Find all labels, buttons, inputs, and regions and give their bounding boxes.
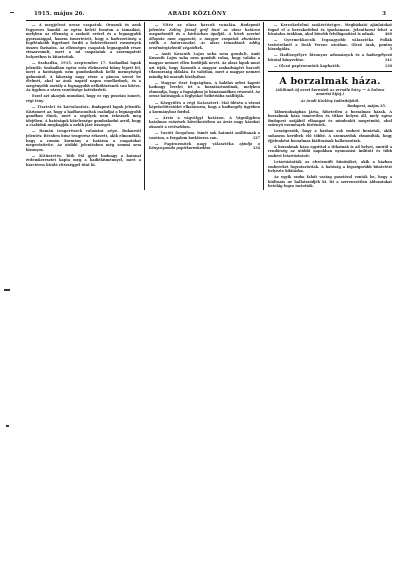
- item-text: Amit Kossuth Lajos soha nem gondolt voln…: [149, 52, 260, 79]
- item-ref: 5: [384, 47, 392, 52]
- item-ref: 134: [247, 146, 260, 151]
- item-lead: — A megjelent orosz csapatok.: [32, 23, 103, 27]
- article-paragraph: Az egyik szoba falait vastag posztóval v…: [268, 175, 392, 189]
- article-headline: A borzalmak háza.: [268, 76, 392, 87]
- scan-speck: [10, 12, 14, 13]
- article-subheading: (Akiknek új ezrei kerestek az ercséle há…: [268, 88, 392, 97]
- item-lead: — Tisztelet és kártalanítás.: [32, 105, 90, 109]
- item-lead: — Kitüntetés.: [32, 154, 62, 158]
- news-item: — Tisztelet és kártalanítás. Budapesti l…: [26, 105, 141, 128]
- article-byline: Az Aradi Közlöny tudósítójától.: [268, 99, 392, 103]
- item-lead: — Gyermekkocsik legnagyobb választéka: [274, 38, 374, 42]
- item-lead: — Kereskedelmi szakértőségre.: [274, 23, 342, 27]
- item-lead: — Szabadka, 1915. szeptember 17.: [32, 61, 107, 65]
- item-lead: — Közgyűlés a régi Kataszteri.: [155, 101, 220, 105]
- column-3: — Kereskedelmi szakértőségre. Megbízható…: [263, 22, 392, 190]
- news-item: — Vasúti forgalom. Ismét sok katonát szá…: [149, 131, 260, 140]
- item-text: Oroszok és azok fegyveres bandái az egés…: [26, 23, 141, 59]
- scan-speck: [6, 425, 9, 427]
- item-lead: — Árvíz a vágvölgyi határon.: [155, 116, 225, 120]
- page-header: 1915. május 26. ARADI KÖZLÖNY 3: [26, 10, 392, 21]
- article-paragraph: Tábornokságban járta, hihetetlen a borza…: [268, 110, 392, 128]
- page-number: 3: [382, 11, 386, 17]
- news-item: — A megjelent orosz csapatok. Oroszok és…: [26, 23, 141, 59]
- news-item: — Papírneműek nagy választéka ajánlja a …: [149, 142, 260, 151]
- item-lead: — Román tengerészek valamint népe.: [32, 129, 119, 133]
- article-dateline: Budapest, május 25.: [268, 104, 386, 108]
- article-paragraph: Letartóztatták az elvetemült bűnösöket, …: [268, 160, 392, 174]
- news-item: Ezzel azt akarjuk mondani, hogy ez egy p…: [26, 94, 141, 103]
- item-lead: — Vasúti forgalom.: [155, 131, 195, 135]
- item-ref: 127: [247, 136, 260, 141]
- item-ref: 141: [379, 58, 392, 63]
- item-text: Ezzel azt akarjuk mondani, hogy ez egy p…: [26, 94, 141, 103]
- news-item: — Román tengerészek valamint népe. Bukar…: [26, 129, 141, 152]
- section-divider: [268, 71, 392, 72]
- item-text: Budapesti jelentés: Zoltay József gróf t…: [149, 23, 260, 50]
- newspaper-page: 1915. május 26. ARADI KÖZLÖNY 3 — A megj…: [26, 10, 392, 190]
- item-lead: — Vitéz az olasz harcok vonalán.: [155, 23, 236, 27]
- item-text: Szabadkai lapok jelentik: Szabadkán egés…: [26, 61, 141, 92]
- news-item: — Magyar tiszt fogságban. A halálos sebe…: [149, 81, 260, 99]
- item-ref: 130: [379, 64, 392, 69]
- news-item: — Gyermekkocsik legnagyobb választéka Po…: [268, 38, 392, 52]
- newspaper-title: ARADI KÖZLÖNY: [168, 11, 227, 17]
- column-2: — Vitéz az olasz harcok vonalán. Budapes…: [144, 22, 263, 190]
- item-lead: — Olcsó papírneműek kaphatók.: [274, 64, 341, 68]
- item-ref: 460: [379, 32, 392, 37]
- news-item: — Közgyűlés a régi Kataszteri. Mai ülésé…: [149, 101, 260, 115]
- item-lead: — Papírneműek nagy választéka: [155, 142, 234, 146]
- article-paragraph: Leszögezzük, hogy a házban sok embert be…: [268, 129, 392, 143]
- columns: — A megjelent orosz csapatok. Oroszok és…: [26, 22, 392, 190]
- news-item: — Árvíz a vágvölgyi határon. A Vágvölgyb…: [149, 116, 260, 130]
- news-item: — Hadisegélyre bizonyos adományok és a h…: [268, 53, 392, 62]
- column-1: — A megjelent orosz csapatok. Oroszok és…: [26, 22, 144, 190]
- item-lead: — Amit Kossuth Lajos soha nem gondolt.: [155, 52, 248, 56]
- news-item: — Szabadka, 1915. szeptember 17. Szabadk…: [26, 61, 141, 93]
- news-item: — Amit Kossuth Lajos soha nem gondolt. A…: [149, 52, 260, 79]
- article-paragraph: A borzalmak háza egyúttal a titkainak is…: [268, 145, 392, 159]
- item-lead: — Hadisegélyre bizonyos adományok: [274, 53, 353, 57]
- news-item: — Kitüntetés. Tóth Pál győri hadnagy a k…: [26, 154, 141, 168]
- news-item: — Kereskedelmi szakértőségre. Megbízható…: [268, 23, 392, 37]
- news-item: — Vitéz az olasz harcok vonalán. Budapes…: [149, 23, 260, 50]
- scan-speck: [4, 289, 10, 291]
- news-item: — Olcsó papírneműek kaphatók. 130: [268, 64, 392, 69]
- issue-date: 1915. május 26.: [34, 11, 85, 17]
